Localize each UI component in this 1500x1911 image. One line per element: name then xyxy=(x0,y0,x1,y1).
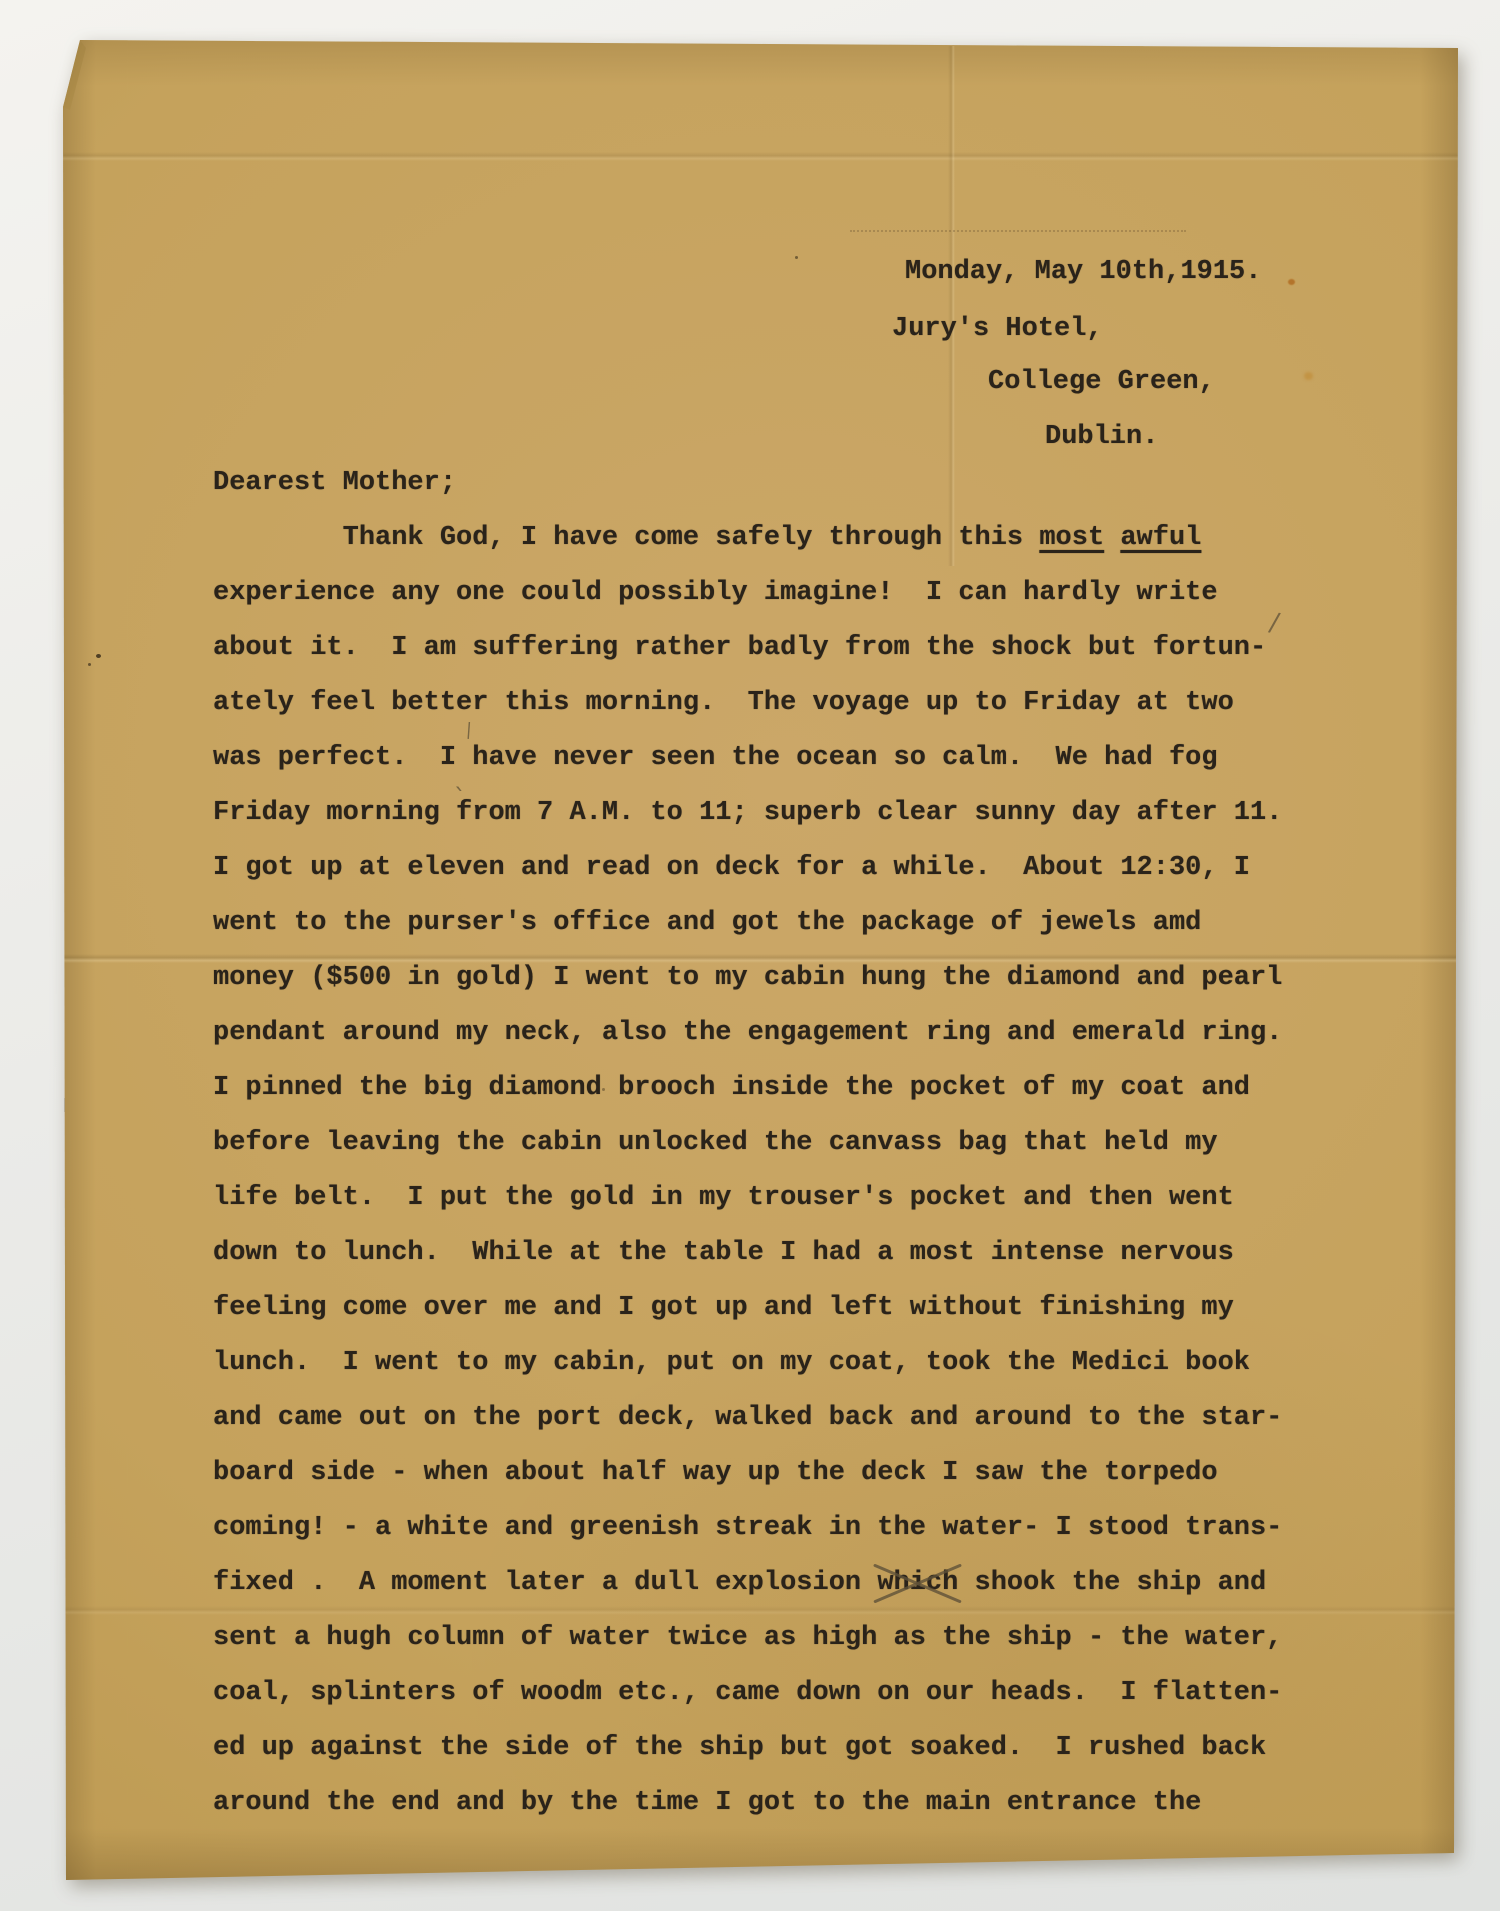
letter-line: money ($500 in gold) I went to my cabin … xyxy=(213,951,1282,1006)
letter-line: experience any one could possibly imagin… xyxy=(213,566,1282,621)
scan-background: { "colors":{"paper":"#c5a25c","ink":"#2a… xyxy=(0,0,1500,1911)
rust-spot xyxy=(1288,279,1295,285)
letter-line: about it. I am suffering rather badly fr… xyxy=(213,621,1282,676)
letter-line: fixed . A moment later a dull explosion … xyxy=(213,1556,1282,1611)
letter-line: and came out on the port deck, walked ba… xyxy=(213,1391,1282,1446)
heading-address-city: Dublin. xyxy=(1045,420,1158,454)
heading-address-street: College Green, xyxy=(988,365,1215,399)
letter-line: was perfect. I have never seen the ocean… xyxy=(213,731,1282,786)
letter-line: life belt. I put the gold in my trouser'… xyxy=(213,1171,1282,1226)
letter-line: feeling come over me and I got up and le… xyxy=(213,1281,1282,1336)
letter-line: around the end and by the time I got to … xyxy=(213,1776,1282,1831)
struck-word: which xyxy=(877,1556,958,1611)
letter-line: I got up at eleven and read on deck for … xyxy=(213,841,1282,896)
salutation: Dearest Mother; xyxy=(213,456,456,511)
letter-line: board side - when about half way up the … xyxy=(213,1446,1282,1501)
letter-line: lunch. I went to my cabin, put on my coa… xyxy=(213,1336,1282,1391)
letter-line: Thank God, I have come safely through th… xyxy=(213,511,1282,566)
letter-line: sent a hugh column of water twice as hig… xyxy=(213,1611,1282,1666)
letter-line: down to lunch. While at the table I had … xyxy=(213,1226,1282,1281)
underlined-phrase: most xyxy=(1039,523,1104,553)
heading-address-hotel: Jury's Hotel, xyxy=(892,312,1103,346)
letter-line: Friday morning from 7 A.M. to 11; superb… xyxy=(213,786,1282,841)
heading-date: Monday, May 10th,1915. xyxy=(905,255,1261,289)
rust-spot xyxy=(1304,372,1313,380)
letter-line: pendant around my neck, also the engagem… xyxy=(213,1006,1282,1061)
paper-speck xyxy=(88,663,91,666)
fold-crease-vertical xyxy=(948,46,955,566)
underlined-phrase: awful xyxy=(1120,523,1201,553)
edge-nick xyxy=(62,1098,65,1112)
paper-sheet: Monday, May 10th,1915. Jury's Hotel, Col… xyxy=(62,40,1460,1880)
letter-line: I pinned the big diamond brooch inside t… xyxy=(213,1061,1282,1116)
faint-impression-line xyxy=(850,230,1186,232)
paper-speck xyxy=(96,654,101,658)
letter-line: went to the purser's office and got the … xyxy=(213,896,1282,951)
letter-line: before leaving the cabin unlocked the ca… xyxy=(213,1116,1282,1171)
letter-line: coal, splinters of woodm etc., came down… xyxy=(213,1666,1282,1721)
folded-corner xyxy=(62,40,92,124)
letter-line: coming! - a white and greenish streak in… xyxy=(213,1501,1282,1556)
letter-line: ed up against the side of the ship but g… xyxy=(213,1721,1282,1776)
letter-line: ately feel better this morning. The voya… xyxy=(213,676,1282,731)
letter-body: Thank God, I have come safely through th… xyxy=(213,511,1282,1831)
fold-crease-top xyxy=(62,152,1460,161)
paper-speck xyxy=(795,256,798,259)
letter-paper: Monday, May 10th,1915. Jury's Hotel, Col… xyxy=(62,40,1460,1880)
pencil-mark: ` xyxy=(454,784,466,812)
